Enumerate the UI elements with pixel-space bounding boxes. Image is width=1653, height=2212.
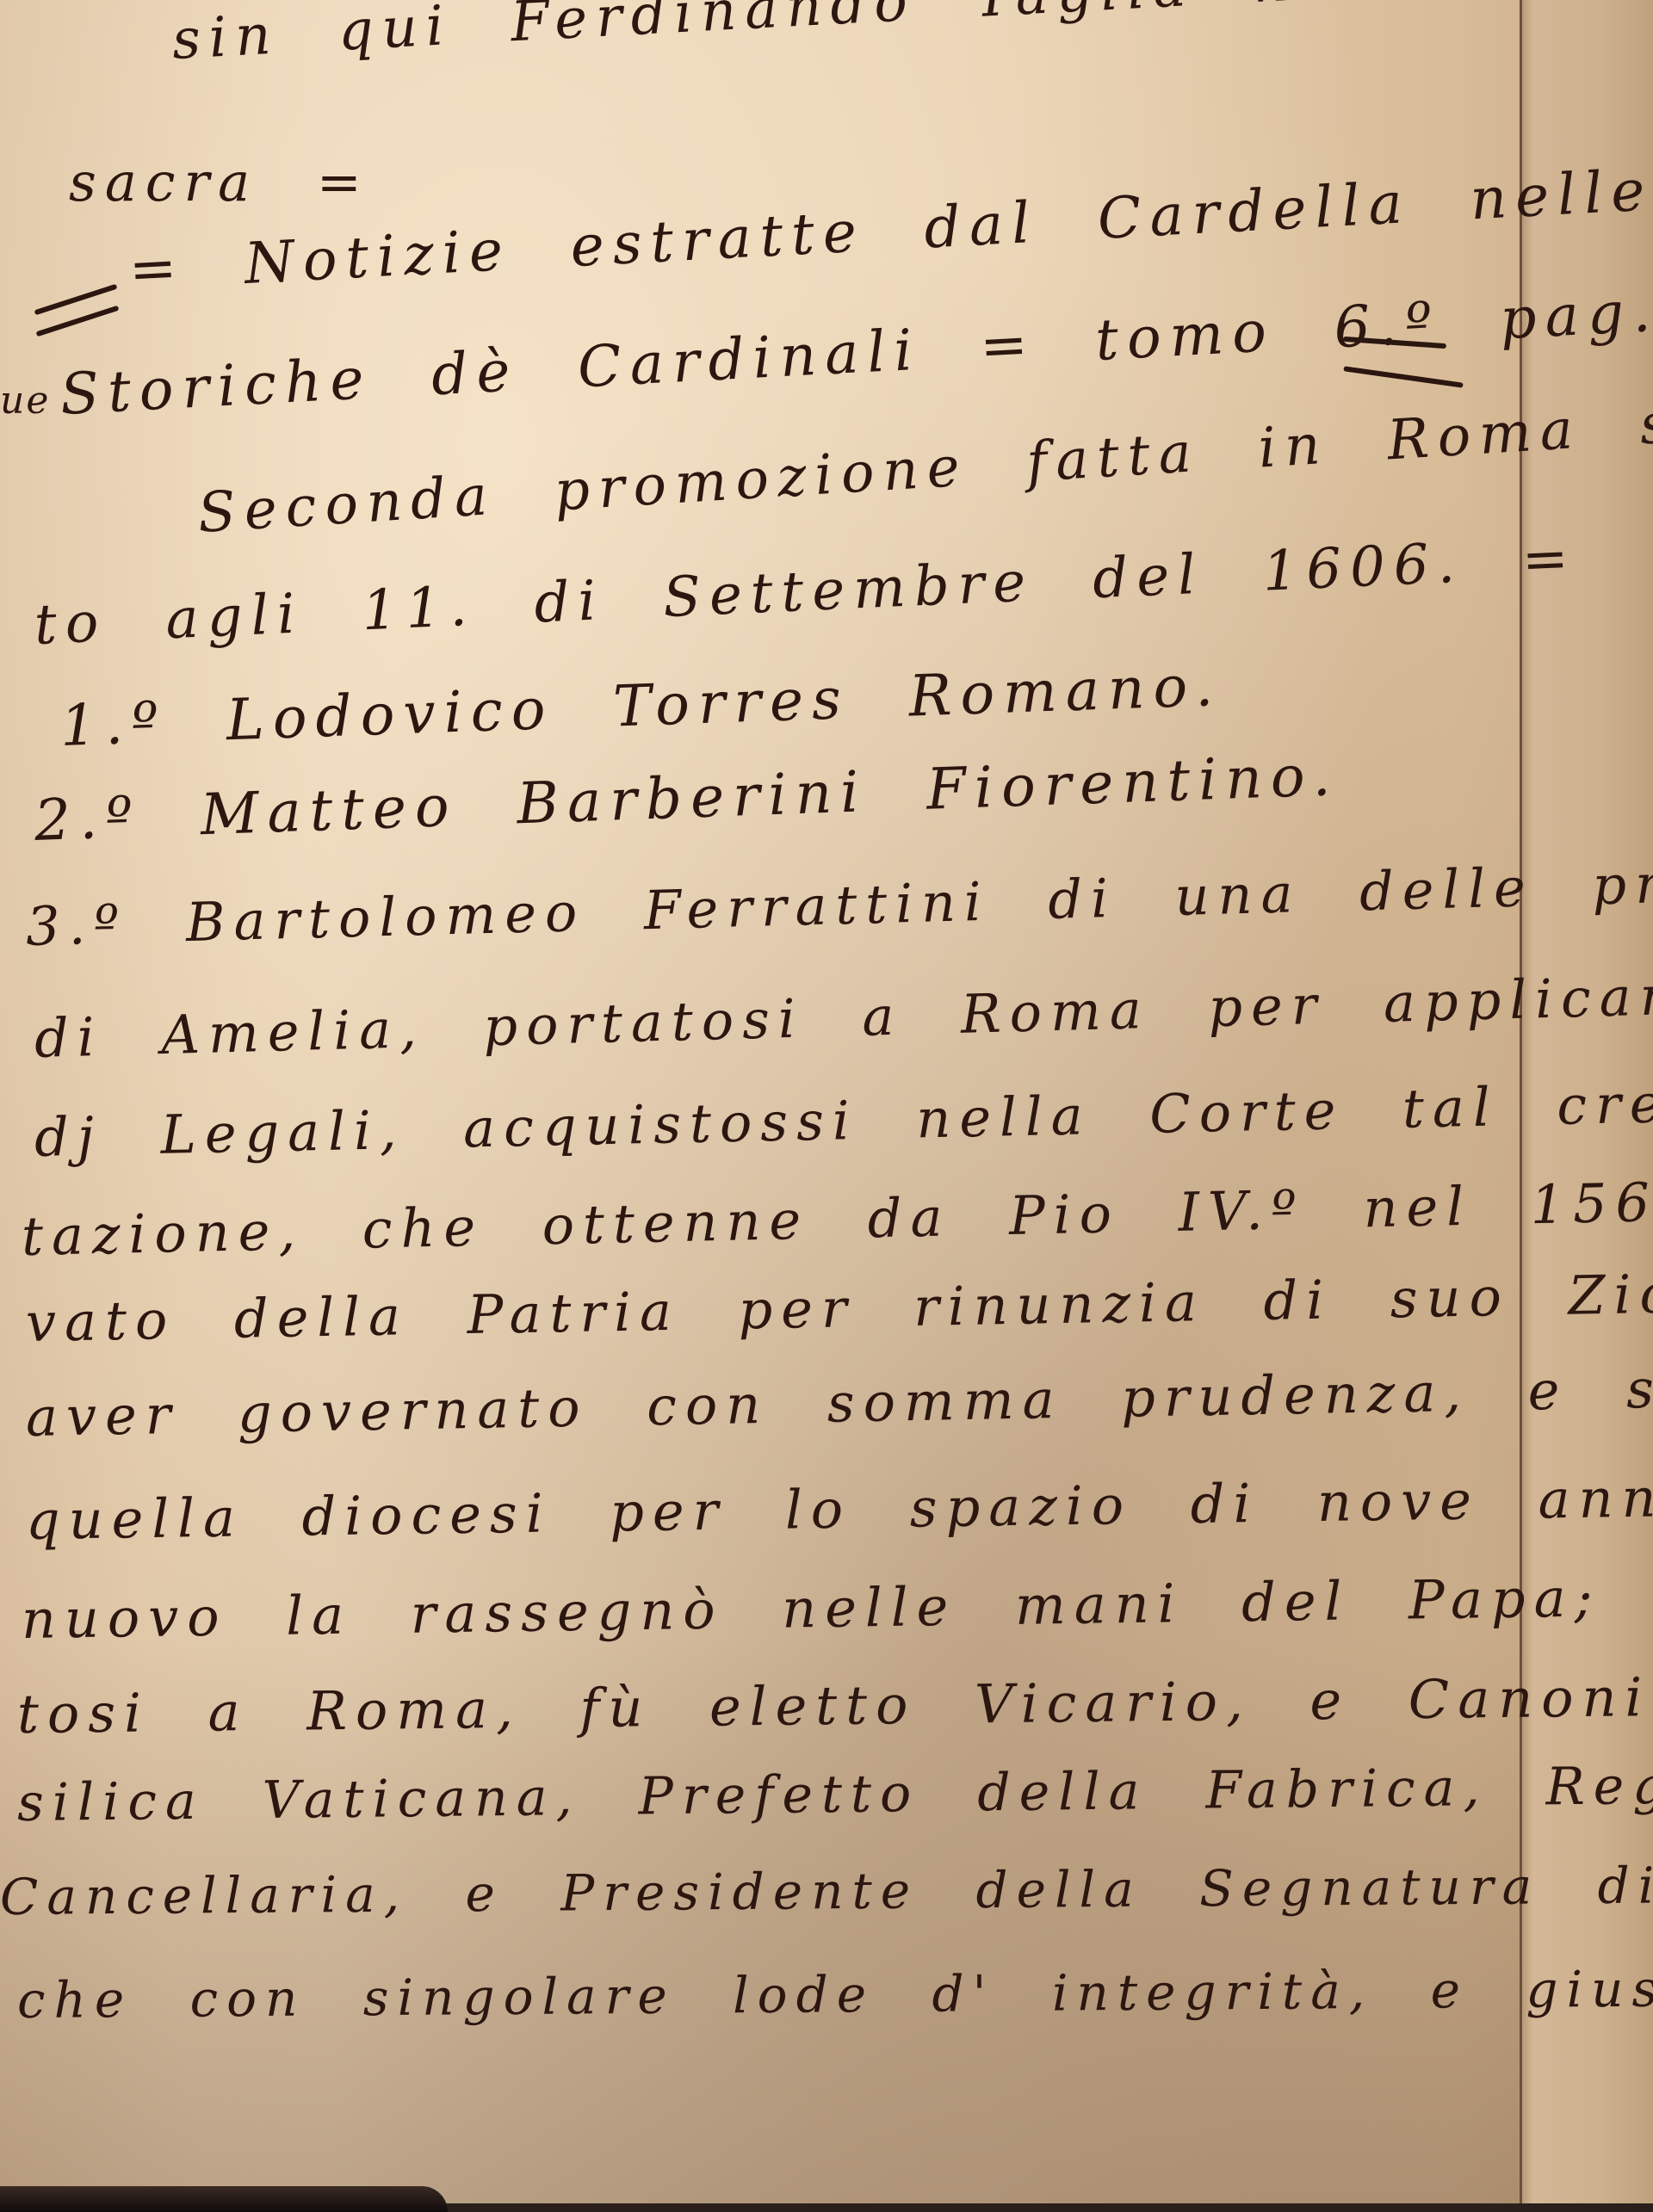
list-item: 2.º Matteo Barberini Fiorentino. — [34, 742, 1340, 854]
text-line: Cancellaria, e Presidente della Segnatur… — [0, 1853, 1653, 1926]
text-line: tosi a Roma, fù eletto Vicario, e Canoni… — [17, 1661, 1653, 1746]
manuscript-text: sin qui Ferdinando Taglia nella sua = It… — [0, 0, 1532, 2203]
text-line: tazione, che ottenne da Pio IV.º nel 156… — [21, 1162, 1653, 1268]
list-item: 1.º Lodovico Torres Romano. — [59, 652, 1223, 759]
text-line: silica Vaticana, Prefetto della Fabrica,… — [17, 1752, 1653, 1833]
book-edge-shadow — [0, 2186, 448, 2203]
text-line: quella diocesi per lo spazio di nove ann… — [25, 1464, 1653, 1552]
text-line: sacra = — [69, 151, 370, 213]
text-line: sin qui Ferdinando Taglia nella sua = It… — [170, 0, 1653, 72]
text-line: di Amelia, portatosi a Roma per applicar… — [34, 954, 1653, 1070]
text-line: dj Legali, acquistossi nella Corte tal c… — [34, 1062, 1653, 1169]
text-line: nuovo la rassegnò nelle mani del Papa; e… — [21, 1561, 1653, 1651]
text-line: to agli 11. di Settembre del 1606. = — [33, 527, 1578, 658]
list-item: 3.º Bartolomeo Ferrattini di una delle p… — [25, 837, 1653, 958]
manuscript-page: sin qui Ferdinando Taglia nella sua = It… — [0, 0, 1653, 2203]
margin-fragment: ue — [0, 379, 50, 423]
text-line: vato della Patria per rinunzia di suo Zi… — [25, 1256, 1653, 1354]
text-line: aver governato con somma prudenza, e sol… — [25, 1350, 1653, 1449]
double-stroke-mark — [1343, 366, 1463, 387]
text-line: che con singolare lode d' integrità, e g… — [17, 1956, 1653, 2030]
